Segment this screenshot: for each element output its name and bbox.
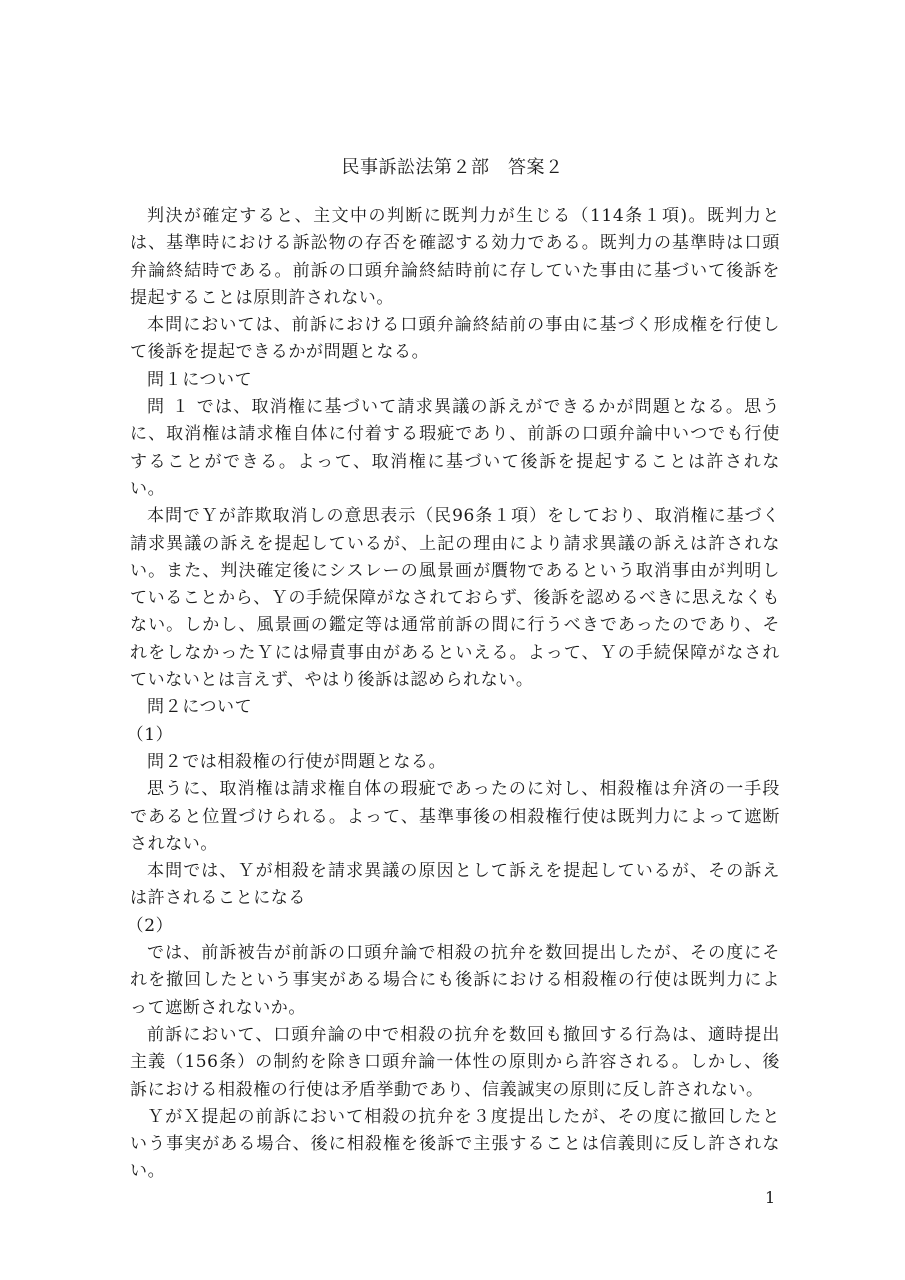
subsection-label: （2） [130,913,780,940]
document-page: 民事訴訟法第２部 答案２ 判決が確定すると、主文中の判断に既判力が生じる（114… [0,0,905,1280]
paragraph: ＹがＸ提起の前訴において相殺の抗弁を３度提出したが、その度に撤回したという事実が… [130,1104,780,1186]
paragraph: 前訴において、口頭弁論の中で相殺の抗弁を数回も撤回する行為は、適時提出主義（15… [130,1022,780,1104]
document-title: 民事訴訟法第２部 答案２ [0,153,905,179]
paragraph: 思うに、取消権は請求権自体の瑕疵であったのに対し、相殺権は弁済の一手段であると位… [130,776,780,858]
paragraph: 問 １ では、取消権に基づいて請求異議の訴えができるかが問題となる。思うに、取消… [130,394,780,503]
paragraph: 本問では、Ｙが相殺を請求異議の原因として訴えを提起しているが、その訴えは許される… [130,858,780,913]
paragraph: では、前訴被告が前訴の口頭弁論で相殺の抗弁を数回提出したが、その度にそれを撤回し… [130,940,780,1022]
document-body: 判決が確定すると、主文中の判断に既判力が生じる（114条１項)。既判力とは、基準… [130,203,780,1186]
subsection-label: （1） [130,722,780,749]
paragraph: 本問においては、前訴における口頭弁論終結前の事由に基づく形成権を行使して後訴を提… [130,312,780,367]
page-number: 1 [765,1188,775,1207]
paragraph: 問２では相殺権の行使が問題となる。 [130,749,780,776]
paragraph: 判決が確定すると、主文中の判断に既判力が生じる（114条１項)。既判力とは、基準… [130,203,780,312]
section-heading: 問１について [130,367,780,394]
section-heading: 問２について [130,694,780,721]
paragraph: 本問でＹが詐欺取消しの意思表示（民96条１項）をしており、取消権に基づく請求異議… [130,503,780,694]
